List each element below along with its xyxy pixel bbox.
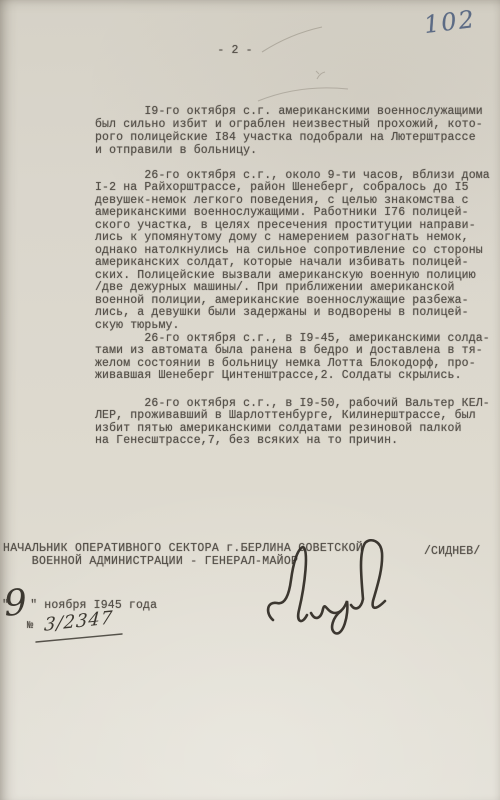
paragraph-incident-oct26-schoeneberg: 26-го октября с.г., около 9-ти часов, вб… <box>95 170 490 333</box>
handwritten-folio-number: 102 <box>422 5 477 39</box>
signatory-title: НАЧАЛЬНИК ОПЕРАТИВНОГО СЕКТОРА г.БЕРЛИНА… <box>3 542 363 569</box>
document-number-label: № <box>27 620 33 633</box>
signatory-name: /СИДНЕВ/ <box>424 546 480 559</box>
paragraph-incident-oct26-keller: 26-го октября с.г., в I9-50, рабочий Вал… <box>95 398 490 448</box>
page-number: - 2 - <box>205 45 265 58</box>
scanned-document-page: 102 - 2 - I9-го октября с.г. американски… <box>0 0 500 800</box>
paragraph-incident-oct19: I9-го октября с.г. американскими военнос… <box>95 105 483 157</box>
paragraph-incident-oct26-shooting: 26-го октября с.г., в I9-45, американски… <box>95 333 490 383</box>
